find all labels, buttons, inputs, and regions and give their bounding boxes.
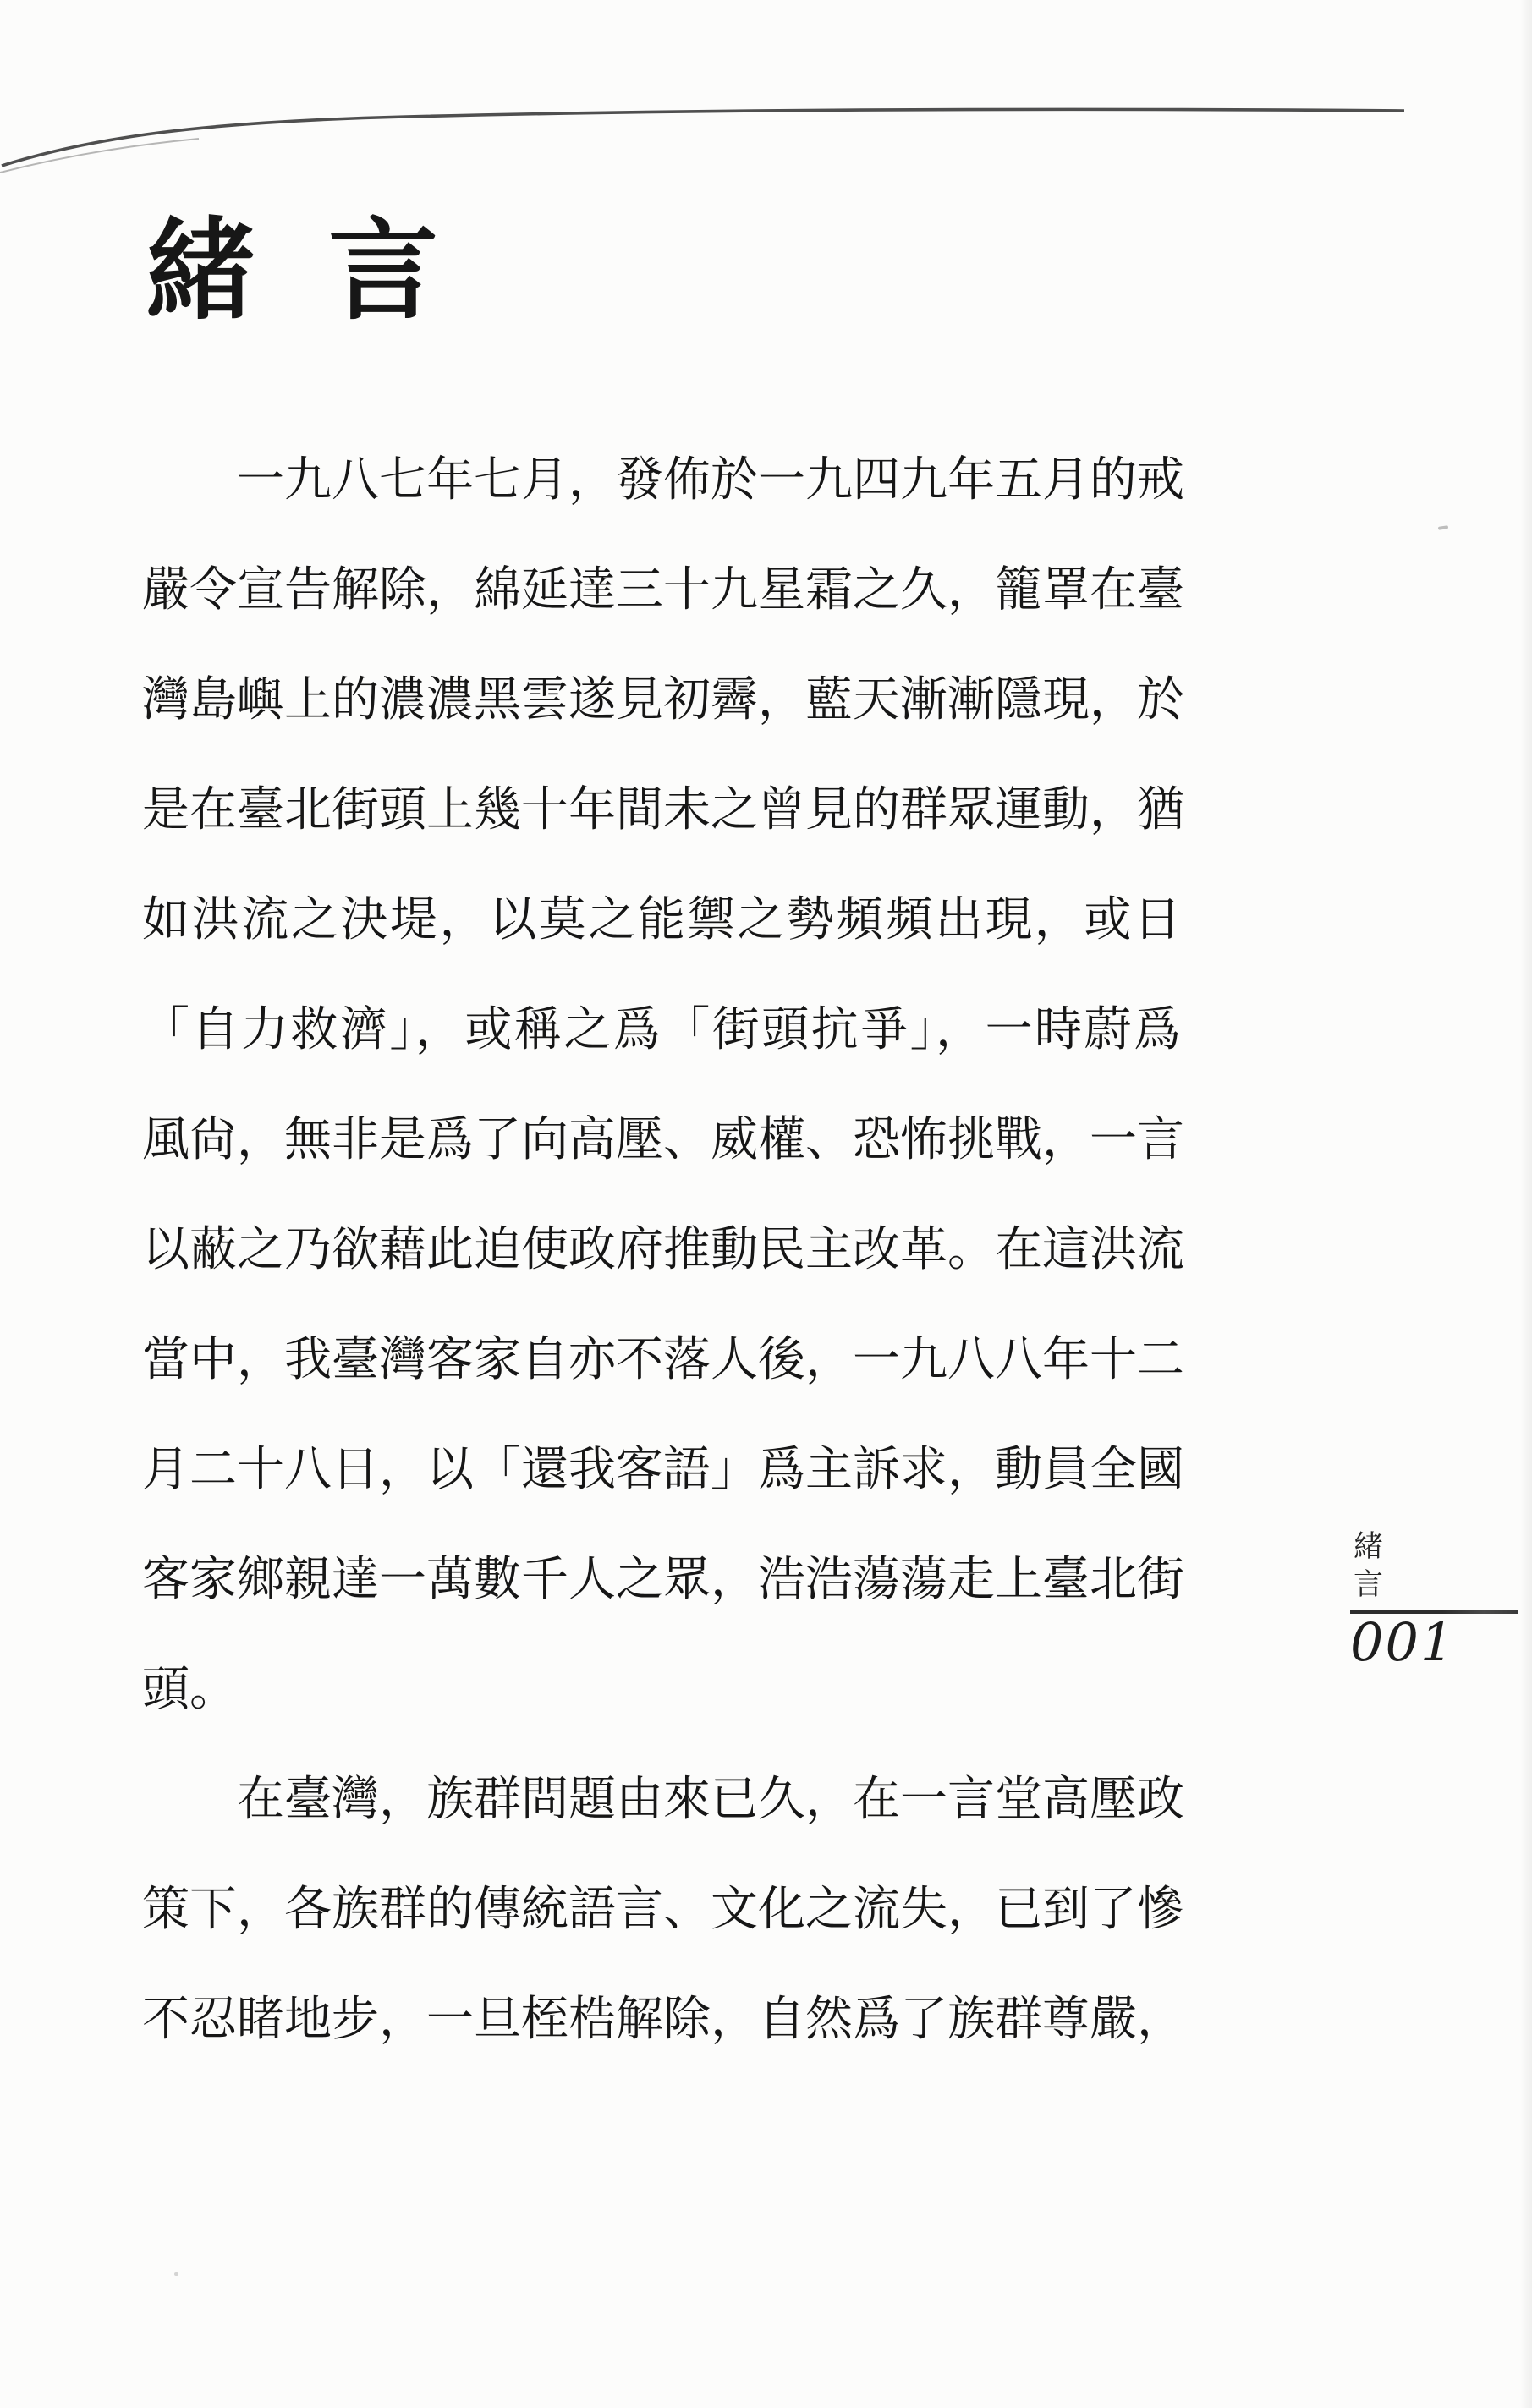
text-line: 灣島嶼上的濃濃黑雲遂見初霽，藍天漸漸隱現，於 [142, 645, 1181, 755]
text-line: 「自力救濟」，或稱之爲「街頭抗爭」，一時蔚爲 [142, 975, 1181, 1085]
chapter-title-char: 緒 [146, 213, 255, 332]
scan-speck [174, 2272, 178, 2276]
side-tab-label: 緒 言 [1354, 1528, 1519, 1604]
scan-curvature-line [0, 0, 1532, 220]
page-number: 001 [1350, 1615, 1519, 1670]
text-line: 如洪流之決堤，以莫之能禦之勢頻頻出現，或日 [142, 865, 1181, 975]
text-line: 頭。 [142, 1635, 1181, 1745]
text-line: 月二十八日，以「還我客語」爲主訴求，動員全國 [142, 1415, 1181, 1525]
text-line: 當中，我臺灣客家自亦不落人後，一九八八年十二 [142, 1305, 1181, 1415]
page-edge-shading [1520, 0, 1532, 2408]
scanned-book-page: 緒 言 一九八七年七月，發佈於一九四九年五月的戒 嚴令宣告解除，綿延達三十九星霜… [0, 0, 1532, 2408]
text-line: 客家鄉親達一萬數千人之眾，浩浩蕩蕩走上臺北街 [142, 1525, 1181, 1635]
text-line: 不忍睹地步，一旦桎梏解除，自然爲了族群尊嚴， [142, 1965, 1181, 2075]
text-line: 風尙，無非是爲了向高壓、威權、恐怖挑戰，一言 [142, 1085, 1181, 1195]
text-line: 以蔽之乃欲藉此迫使政府推動民主改革。在這洪流 [142, 1195, 1181, 1305]
scan-speck [1438, 525, 1448, 530]
text-line: 策下，各族群的傳統語言、文化之流失，已到了慘 [142, 1855, 1181, 1965]
chapter-title: 緒 言 [146, 213, 438, 332]
text-line: 在臺灣，族群問題由來已久，在一言堂高壓政 [142, 1745, 1181, 1855]
side-tab: 緒 言 001 [1350, 1528, 1519, 1670]
text-line: 是在臺北街頭上幾十年間未之曾見的群眾運動，猶 [142, 755, 1181, 865]
text-line: 一九八七年七月，發佈於一九四九年五月的戒 [142, 425, 1181, 535]
side-tab-label-char: 緒 [1354, 1528, 1383, 1566]
side-tab-label-char: 言 [1354, 1566, 1383, 1604]
chapter-title-char: 言 [328, 213, 438, 332]
text-line: 嚴令宣告解除，綿延達三十九星霜之久，籠罩在臺 [142, 535, 1181, 645]
body-text: 一九八七年七月，發佈於一九四九年五月的戒 嚴令宣告解除，綿延達三十九星霜之久，籠… [142, 425, 1181, 2075]
